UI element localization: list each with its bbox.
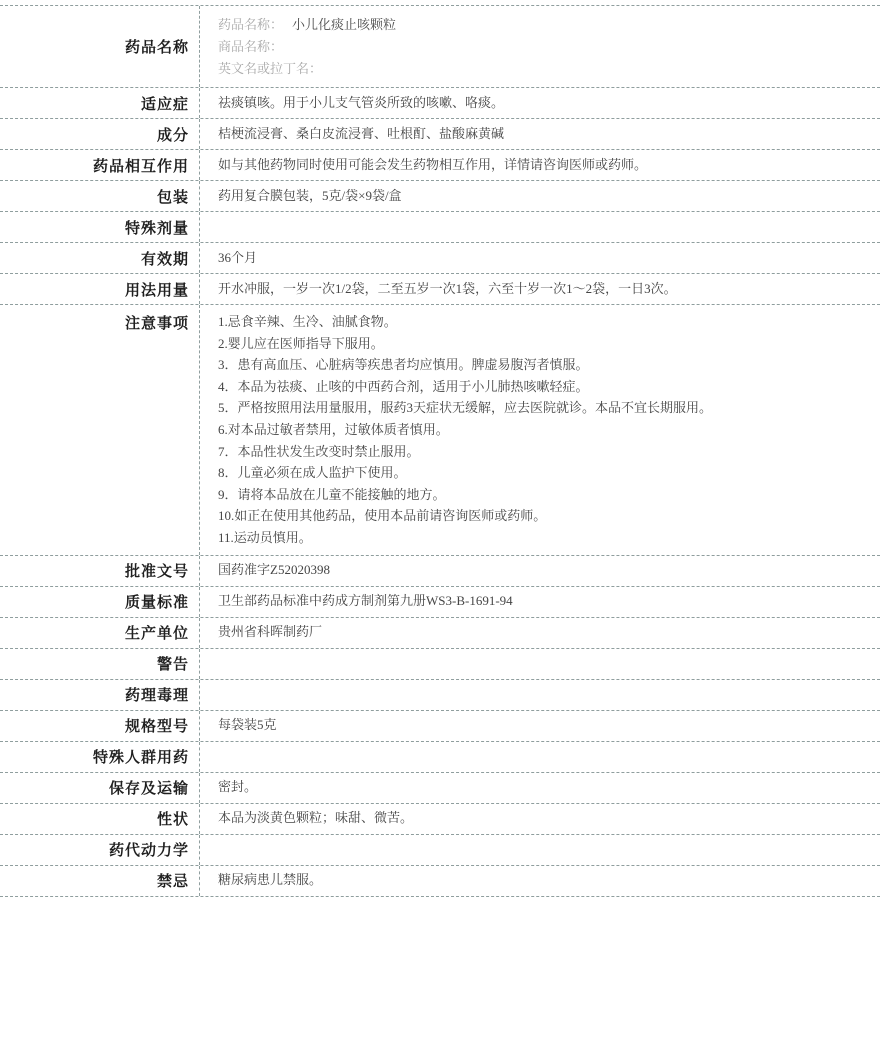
content-text: 36个月 (218, 248, 868, 268)
row-label: 成分 (0, 119, 200, 149)
content-text: 国药准字Z52020398 (218, 560, 868, 580)
note-line: 3．患有高血压、心脏病等疾患者均应慎用。脾虚易腹泻者慎服。 (218, 354, 868, 376)
row-label: 特殊人群用药 (0, 742, 200, 772)
table-row: 适应症祛痰镇咳。用于小儿支气管炎所致的咳嗽、咯痰。 (0, 88, 880, 119)
table-row: 保存及运输密封。 (0, 773, 880, 804)
content-text (218, 656, 868, 672)
table-row: 有效期36个月 (0, 243, 880, 274)
row-label: 注意事项 (0, 305, 200, 555)
row-content (200, 649, 880, 679)
field-prefix: 英文名或拉丁名： (218, 61, 322, 76)
content-text: 密封。 (218, 777, 868, 797)
row-content (200, 680, 880, 710)
row-label: 药品名称 (0, 6, 200, 87)
content-text: 药用复合膜包装，5克/袋×9袋/盒 (218, 186, 868, 206)
row-label: 药品相互作用 (0, 150, 200, 180)
row-label: 规格型号 (0, 711, 200, 741)
row-content: 糖尿病患儿禁服。 (200, 866, 880, 896)
table-row: 注意事项1.忌食辛辣、生冷、油腻食物。2.婴儿应在医师指导下服用。3．患有高血压… (0, 305, 880, 556)
note-line: 9．请将本品放在儿童不能接触的地方。 (218, 484, 868, 506)
table-row: 药代动力学 (0, 835, 880, 866)
table-row: 药品相互作用如与其他药物同时使用可能会发生药物相互作用，详情请咨询医师或药师。 (0, 150, 880, 181)
row-content (200, 212, 880, 242)
table-row: 特殊剂量 (0, 212, 880, 243)
content-text: 贵州省科晖制药厂 (218, 622, 868, 642)
row-label: 生产单位 (0, 618, 200, 648)
name-line: 药品名称：小儿化痰止咳颗粒 (218, 14, 868, 36)
row-label: 药理毒理 (0, 680, 200, 710)
row-label: 禁忌 (0, 866, 200, 896)
content-text: 桔梗流浸膏、桑白皮流浸膏、吐根酊、盐酸麻黄碱 (218, 124, 868, 144)
row-label: 保存及运输 (0, 773, 200, 803)
row-label: 特殊剂量 (0, 212, 200, 242)
row-content: 药品名称：小儿化痰止咳颗粒商品名称：英文名或拉丁名： (200, 6, 880, 87)
row-content: 密封。 (200, 773, 880, 803)
row-content: 贵州省科晖制药厂 (200, 618, 880, 648)
content-text: 如与其他药物同时使用可能会发生药物相互作用，详情请咨询医师或药师。 (218, 155, 868, 175)
row-content: 每袋装5克 (200, 711, 880, 741)
row-content: 国药准字Z52020398 (200, 556, 880, 586)
content-text (218, 687, 868, 703)
field-prefix: 药品名称： (218, 17, 283, 32)
row-content: 本品为淡黄色颗粒；味甜、微苦。 (200, 804, 880, 834)
table-row: 禁忌糖尿病患儿禁服。 (0, 866, 880, 897)
name-line: 商品名称： (218, 36, 868, 58)
note-line: 8．儿童必须在成人监护下使用。 (218, 462, 868, 484)
table-row: 成分桔梗流浸膏、桑白皮流浸膏、吐根酊、盐酸麻黄碱 (0, 119, 880, 150)
row-content: 药用复合膜包装，5克/袋×9袋/盒 (200, 181, 880, 211)
table-row: 药理毒理 (0, 680, 880, 711)
row-content: 如与其他药物同时使用可能会发生药物相互作用，详情请咨询医师或药师。 (200, 150, 880, 180)
table-row: 批准文号国药准字Z52020398 (0, 556, 880, 587)
table-row: 包装药用复合膜包装，5克/袋×9袋/盒 (0, 181, 880, 212)
row-label: 有效期 (0, 243, 200, 273)
row-content (200, 742, 880, 772)
row-label: 用法用量 (0, 274, 200, 304)
row-content: 开水冲服，一岁一次1/2袋，二至五岁一次1袋，六至十岁一次1～2袋，一日3次。 (200, 274, 880, 304)
row-label: 适应症 (0, 88, 200, 118)
row-label: 包装 (0, 181, 200, 211)
row-label: 警告 (0, 649, 200, 679)
table-row: 规格型号每袋装5克 (0, 711, 880, 742)
field-value: 小儿化痰止咳颗粒 (292, 17, 396, 32)
content-text (218, 842, 868, 858)
row-content: 桔梗流浸膏、桑白皮流浸膏、吐根酊、盐酸麻黄碱 (200, 119, 880, 149)
field-prefix: 商品名称： (218, 39, 283, 54)
row-label: 质量标准 (0, 587, 200, 617)
row-label: 批准文号 (0, 556, 200, 586)
row-content (200, 835, 880, 865)
note-line: 5．严格按照用法用量服用，服药3天症状无缓解，应去医院就诊。本品不宜长期服用。 (218, 397, 868, 419)
table-row: 质量标准卫生部药品标准中药成方制剂第九册WS3-B-1691-94 (0, 587, 880, 618)
content-text: 祛痰镇咳。用于小儿支气管炎所致的咳嗽、咯痰。 (218, 93, 868, 113)
table-row: 特殊人群用药 (0, 742, 880, 773)
content-text: 本品为淡黄色颗粒；味甜、微苦。 (218, 808, 868, 828)
note-line: 7．本品性状发生改变时禁止服用。 (218, 441, 868, 463)
content-text (218, 219, 868, 235)
table-row: 性状本品为淡黄色颗粒；味甜、微苦。 (0, 804, 880, 835)
note-line: 6.对本品过敏者禁用，过敏体质者慎用。 (218, 419, 868, 441)
note-line: 4．本品为祛痰、止咳的中西药合剂，适用于小儿肺热咳嗽轻症。 (218, 376, 868, 398)
content-text: 开水冲服，一岁一次1/2袋，二至五岁一次1袋，六至十岁一次1～2袋，一日3次。 (218, 279, 868, 299)
content-text: 卫生部药品标准中药成方制剂第九册WS3-B-1691-94 (218, 591, 868, 611)
row-label: 性状 (0, 804, 200, 834)
row-label: 药代动力学 (0, 835, 200, 865)
note-line: 2.婴儿应在医师指导下服用。 (218, 333, 868, 355)
row-content: 祛痰镇咳。用于小儿支气管炎所致的咳嗽、咯痰。 (200, 88, 880, 118)
row-content: 卫生部药品标准中药成方制剂第九册WS3-B-1691-94 (200, 587, 880, 617)
row-content: 36个月 (200, 243, 880, 273)
table-row: 药品名称药品名称：小儿化痰止咳颗粒商品名称：英文名或拉丁名： (0, 6, 880, 88)
note-line: 1.忌食辛辣、生冷、油腻食物。 (218, 311, 868, 333)
content-text: 糖尿病患儿禁服。 (218, 870, 868, 890)
content-text: 每袋装5克 (218, 715, 868, 735)
table-row: 生产单位贵州省科晖制药厂 (0, 618, 880, 649)
table-row: 警告 (0, 649, 880, 680)
name-line: 英文名或拉丁名： (218, 58, 868, 80)
drug-info-table: 药品名称药品名称：小儿化痰止咳颗粒商品名称：英文名或拉丁名：适应症祛痰镇咳。用于… (0, 5, 880, 897)
note-line: 10.如正在使用其他药品，使用本品前请咨询医师或药师。 (218, 505, 868, 527)
row-content: 1.忌食辛辣、生冷、油腻食物。2.婴儿应在医师指导下服用。3．患有高血压、心脏病… (200, 305, 880, 555)
content-text (218, 749, 868, 765)
table-row: 用法用量开水冲服，一岁一次1/2袋，二至五岁一次1袋，六至十岁一次1～2袋，一日… (0, 274, 880, 305)
note-line: 11.运动员慎用。 (218, 527, 868, 549)
